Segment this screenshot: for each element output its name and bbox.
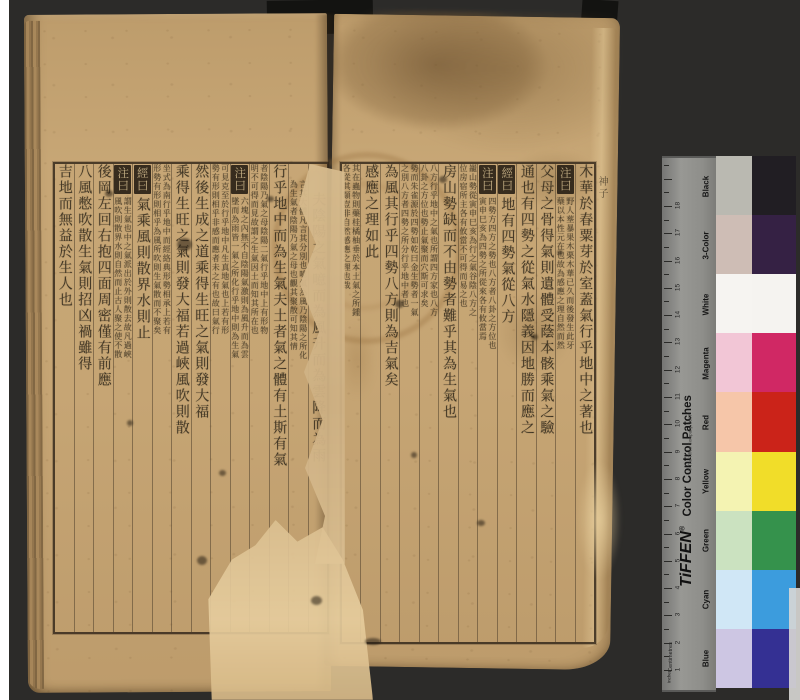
ruler-tick-half xyxy=(664,247,669,248)
photo-background: 木華於春粟芽於室蓋氣行乎地中之著也注曰野人塟暴果木栗木華已久而後發生此牙蘖以本性… xyxy=(9,0,800,700)
text-column: 通也有四勢之從氣水隱義因地勝而應之 xyxy=(516,164,535,642)
main-text: 八風憋吹散生氣則招凶禍雖得 xyxy=(74,164,93,372)
commentary-text: 勢有形則相乎非感而應者未之有也故曰氣行 xyxy=(211,164,221,335)
ruler-number: 11 xyxy=(675,390,682,404)
ruler-tick-cm xyxy=(664,342,672,343)
main-text: 木華於春粟芽於室蓋氣行乎地中之著也 xyxy=(575,164,594,436)
ruler-tick-cm xyxy=(664,534,672,535)
ruler-tick-half xyxy=(664,547,669,548)
ink-smudge xyxy=(197,556,207,565)
commentary-pair: 八方行乎地中之氣也所謂四方家也八方八卦之方位也勢止氣聚而穴斯可求矣 xyxy=(420,164,439,317)
ruler-tick-half xyxy=(664,438,669,439)
ruler-tick-cm xyxy=(664,315,672,316)
patch-label: Red xyxy=(702,393,711,453)
inverse-header: 注曰 xyxy=(479,165,496,194)
inverse-header: 注曰 xyxy=(114,165,131,194)
text-column: 八方行乎地中之氣也所謂四方家也八方八卦之方位也勢止氣聚而穴斯可求矣 xyxy=(419,164,438,642)
patch-row-3-color xyxy=(716,215,796,274)
ruler-number: 16 xyxy=(675,253,682,267)
ruler-tick-cm xyxy=(664,288,672,289)
commentary-pair: 坐式為南行乎地中而經絡典形勢相承上若有形勢有形則相乎為風所吹則生氣散而不聚矣 xyxy=(152,164,171,335)
ruler-number: 5 xyxy=(675,553,682,567)
commentary-text: 明不可得而見故謂之生氣因土而知其所在也 xyxy=(250,164,260,335)
paper-stain xyxy=(557,430,627,610)
text-column: 注曰謂生氣也中之氣派出於外則散去故凡過峽風吹則散界水則自然而止古人聚之使不散 xyxy=(113,164,133,632)
ruler-number: 13 xyxy=(675,335,682,349)
commentary-text: 其在蟲物則藥桂橘柚垂於本土氣之所鍾 xyxy=(351,164,360,317)
unit-label-inches: Inches xyxy=(667,662,672,692)
commentary-pair: 謂生氣也中之氣派出於外則散去故凡過峽風吹則散界水則自然而止古人聚之使不散 xyxy=(113,197,132,359)
main-text: 然後生成之道乘得生旺之氣則發大福 xyxy=(191,164,210,420)
main-text: 通也有四勢之從氣水隱義因地勝而應之 xyxy=(517,164,536,436)
text-column: 父母之骨得氣則遺體受蔭本骸乘氣之驗 xyxy=(536,164,555,642)
commentary-text: 八卦之方位也勢止氣聚而穴斯可求矣 xyxy=(420,164,430,317)
text-column: 八風憋吹散生氣則招凶禍雖得 xyxy=(74,164,94,632)
patch-label: Magenta xyxy=(702,333,711,393)
ruler-tick-half xyxy=(664,274,669,275)
patch-full-black xyxy=(752,156,796,215)
ruler-tick-cm xyxy=(664,370,672,371)
text-column: 為風其行乎四勢八方則為吉氣矣 xyxy=(380,164,399,642)
commentary-text: 謂生氣也中之氣派出於外則散去故凡過峽 xyxy=(123,197,132,359)
ruler-tick-cm xyxy=(664,233,672,234)
commentary-text: 之別八方者四勢之所分行乎地中者也 xyxy=(400,164,410,317)
text-column: 巃山勢從寅申巳亥為行之氣谷陰八方之位房宿所主各有攸當不可得而易之也 xyxy=(458,164,477,642)
ink-smudge xyxy=(177,238,192,251)
ruler-number: 9 xyxy=(675,444,682,458)
commentary-text: 風吹則散界水則自然而止古人聚之使不散 xyxy=(113,197,123,359)
ruler-tick-half xyxy=(664,329,669,330)
commentary-pair: 野人塟暴果木栗木華已久而後發生此牙蘖以本性元在也故為感應之理自然而然 xyxy=(556,197,575,350)
main-text: 行乎地中而為生氣夫土者氣之體有土斯有氣 xyxy=(269,164,288,468)
commentary-text: 位房宿所主各有攸當不可得而易之也 xyxy=(458,164,468,317)
ink-smudge xyxy=(395,300,404,308)
ruler-tick-half xyxy=(664,220,669,221)
main-text: 為風其行乎四勢八方則為吉氣矣 xyxy=(381,164,400,388)
ruler-number: 6 xyxy=(675,526,682,540)
patch-full-green xyxy=(752,511,796,570)
ruler-tick-half xyxy=(664,301,669,302)
text-column: 可見克至於行乎地中凡生真地氣也上若有形勢有形則相乎非感而應者未之有也故曰氣行 xyxy=(210,164,230,632)
ruler-number: 15 xyxy=(675,280,682,294)
inverse-header: 注曰 xyxy=(231,165,248,194)
ink-smudge xyxy=(219,470,226,476)
main-text: 吉地而無益於生人也 xyxy=(55,164,74,308)
patch-label: Green xyxy=(702,511,711,571)
commentary-pair: 巃山勢從寅申巳亥為行之氣谷陰八方之位房宿所主各有攸當不可得而易之也 xyxy=(458,164,477,317)
ruler-tick-cm xyxy=(664,643,672,644)
patch-row-red xyxy=(716,392,796,451)
ruler-tick-cm xyxy=(664,206,672,207)
patch-light-white xyxy=(716,274,752,333)
ruler-number: 17 xyxy=(675,226,682,240)
commentary-text: 蘖以本性元在也故為感應之理自然而然 xyxy=(556,197,566,350)
commentary-pair: 可見克至於行乎地中凡生真地氣也上若有形勢有形則相乎非感而應者未之有也故曰氣行 xyxy=(211,164,230,335)
ruler-tick-half xyxy=(664,465,669,466)
patch-label: Yellow xyxy=(702,452,711,512)
patch-light-yellow xyxy=(716,452,752,511)
ruler-tick-half xyxy=(664,383,669,384)
ruler-tick-half xyxy=(664,493,669,494)
commentary-text: 野人塟暴果木栗木華已久而後發生此牙 xyxy=(565,197,574,350)
ink-smudge xyxy=(557,250,563,255)
patch-row-white xyxy=(716,274,796,333)
ruler-tick-half xyxy=(664,656,669,657)
ink-smudge xyxy=(267,196,274,202)
commentary-text: 八方行乎地中之氣也所謂四方家也八方 xyxy=(429,164,438,317)
commentary-text: 墜而為雨皆一氣之所化行乎地中則為生氣 xyxy=(230,197,240,359)
patch-label: 3-Color xyxy=(702,215,711,275)
main-text: 地有四勢氣從八方 xyxy=(497,197,516,325)
text-column: 經曰氣乘風則散界水則止 xyxy=(132,164,152,632)
copyright-text: © The Tiffen Company, 2007 xyxy=(688,393,693,493)
ruler-tick-cm xyxy=(664,452,672,453)
patch-light-3-color xyxy=(716,215,752,274)
patch-light-green xyxy=(716,511,752,570)
commentary-text: 坐式為南行乎地中而經絡典形勢相承上若有 xyxy=(162,164,171,335)
ruler-tick-half xyxy=(664,192,669,193)
ruler-number: 14 xyxy=(675,308,682,322)
ruler-number: 3 xyxy=(675,608,682,622)
color-control-strip: TiFFEN® Color Control Patches © The Tiff… xyxy=(662,156,796,688)
ink-smudge xyxy=(127,420,133,426)
ink-smudge xyxy=(311,596,322,605)
ruler-tick-cm xyxy=(664,397,672,398)
commentary-text: 形勢有形則相乎為風所吹則生氣散而不聚矣 xyxy=(152,164,162,335)
ruler-number: 8 xyxy=(675,471,682,485)
commentary-text: 寅申巳亥為四勢之所從來各有攸當焉 xyxy=(478,197,488,350)
ruler-number: 1 xyxy=(675,663,682,677)
commentary-text: 勢而朱雀源於四勢如乾曰金生勢者一氣 xyxy=(410,164,419,317)
patch-label: White xyxy=(702,274,711,334)
ruler-tick-cm xyxy=(664,261,672,262)
ink-smudge xyxy=(477,520,485,526)
ink-smudge xyxy=(105,190,113,197)
text-column: 注曰四勢方四方之勢也八方者八卦之方位也寅申巳亥為四勢之所從來各有攸當焉 xyxy=(477,164,496,642)
main-text: 感應之理如此 xyxy=(361,164,380,260)
ruler-tick-half xyxy=(664,574,669,575)
patch-full-3-color xyxy=(752,215,796,274)
ruler-number: 7 xyxy=(675,499,682,513)
text-column: 經曰地有四勢氣從八方 xyxy=(497,164,516,642)
main-text: 房山勢缺而不由勢者難乎其為生氣也 xyxy=(439,164,458,420)
patch-light-black xyxy=(716,156,752,215)
patch-light-cyan xyxy=(716,570,752,629)
ruler-band: TiFFEN® Color Control Patches © The Tiff… xyxy=(662,156,716,692)
ruler-number: 18 xyxy=(675,198,682,212)
inverse-header: 經曰 xyxy=(134,165,151,194)
patch-row-black xyxy=(716,156,796,215)
text-column: 後岡左回右抱四面周密僅有前應 xyxy=(93,164,113,632)
commentary-pair: 六塊之內無不自陰陽氣激則為風升而為雲墜而為雨皆一氣之所化行乎地中則為生氣 xyxy=(230,197,249,359)
text-column: 感應之理如此 xyxy=(360,164,379,642)
patch-row-cyan xyxy=(716,570,796,629)
patch-full-magenta xyxy=(752,333,796,392)
ruler-number: 2 xyxy=(675,635,682,649)
ruler-tick-half xyxy=(664,356,669,357)
patch-row-green xyxy=(716,511,796,570)
patch-row-magenta xyxy=(716,333,796,392)
ruler-number: 10 xyxy=(675,417,682,431)
commentary-text: 四勢方四方之勢也八方者八卦之方位也 xyxy=(487,197,496,350)
main-text: 氣乘風則散界水則止 xyxy=(133,197,152,341)
ruler-tick-cm xyxy=(664,479,672,480)
patch-row-blue xyxy=(716,629,796,688)
patch-grid xyxy=(716,156,796,688)
main-text: 後岡左回右抱四面周密僅有前應 xyxy=(94,164,113,388)
patch-full-red xyxy=(752,392,796,451)
inverse-header: 經曰 xyxy=(498,165,515,194)
patch-full-white xyxy=(752,274,796,333)
ruler-tick-cm xyxy=(664,670,672,671)
inverse-header: 注曰 xyxy=(557,165,574,194)
ruler-tick-half xyxy=(664,520,669,521)
patch-label: Black xyxy=(702,156,711,216)
ink-smudge xyxy=(365,638,381,645)
ruler-tick-half xyxy=(664,629,669,630)
text-column: 吉地而無益於生人也 xyxy=(55,164,74,632)
ruler-number: 4 xyxy=(675,581,682,595)
ruler-tick-cm xyxy=(664,424,672,425)
photo-mat-corner xyxy=(789,588,800,700)
patch-light-magenta xyxy=(716,333,752,392)
patch-row-yellow xyxy=(716,452,796,511)
ruler-tick-cm xyxy=(664,615,672,616)
main-text: 乘得生旺之氣則發大福若過峽風吹則散 xyxy=(172,164,191,436)
ink-smudge xyxy=(439,176,447,183)
text-column: 乘得生旺之氣則發大福若過峽風吹則散 xyxy=(171,164,191,632)
commentary-text: 為生氣者陰陽乃氣之母也觀其聚散可知其情 xyxy=(289,180,299,360)
ruler-tick-cm xyxy=(664,179,672,180)
text-column: 勢而朱雀源於四勢如乾曰金生勢者一氣之別八方者四勢之所分行乎地中者也 xyxy=(399,164,418,642)
patch-light-red xyxy=(716,392,752,451)
ink-smudge xyxy=(531,334,538,340)
main-text: 父母之骨得氣則遺體受蔭本骸乘氣之驗 xyxy=(536,164,555,436)
commentary-pair: 者陰陽乃氣之母陰陽二氣行乎地中上有形物明不可得而見故謂之生氣因土而知其所在也 xyxy=(250,164,269,335)
ruler-tick-half xyxy=(664,602,669,603)
patch-label: Cyan xyxy=(702,570,711,630)
patch-full-yellow xyxy=(752,452,796,511)
ruler-tick-cm xyxy=(664,561,672,562)
text-column: 坐式為南行乎地中而經絡典形勢相承上若有形勢有形則相乎為風所吹則生氣散而不聚矣 xyxy=(152,164,172,632)
patch-label: Blue xyxy=(702,629,711,689)
commentary-text: 巃山勢從寅申巳亥為行之氣谷陰八方之 xyxy=(468,164,477,317)
commentary-pair: 四勢方四方之勢也八方者八卦之方位也寅申巳亥為四勢之所從來各有攸當焉 xyxy=(478,197,497,350)
ink-smudge xyxy=(411,452,417,458)
commentary-text: 者陰陽乃氣之母陰陽二氣行乎地中上有形物 xyxy=(259,164,268,335)
commentary-pair: 勢而朱雀源於四勢如乾曰金生勢者一氣之別八方者四勢之所分行乎地中者也 xyxy=(400,164,419,317)
ruler-tick-half xyxy=(664,165,669,166)
ruler-tick-half xyxy=(664,411,669,412)
ruler-tick-cm xyxy=(664,588,672,589)
ruler-tick-cm xyxy=(664,506,672,507)
text-column: 房山勢缺而不由勢者難乎其為生氣也 xyxy=(438,164,457,642)
margin-title: 神子 xyxy=(594,176,609,200)
commentary-text: 六塊之內無不自陰陽氣激則為風升而為雲 xyxy=(240,197,249,359)
commentary-text: 可見克至於行乎地中凡生真地氣也上若有形 xyxy=(220,164,229,335)
ruler-number: 12 xyxy=(675,362,682,376)
patch-light-blue xyxy=(716,629,752,688)
